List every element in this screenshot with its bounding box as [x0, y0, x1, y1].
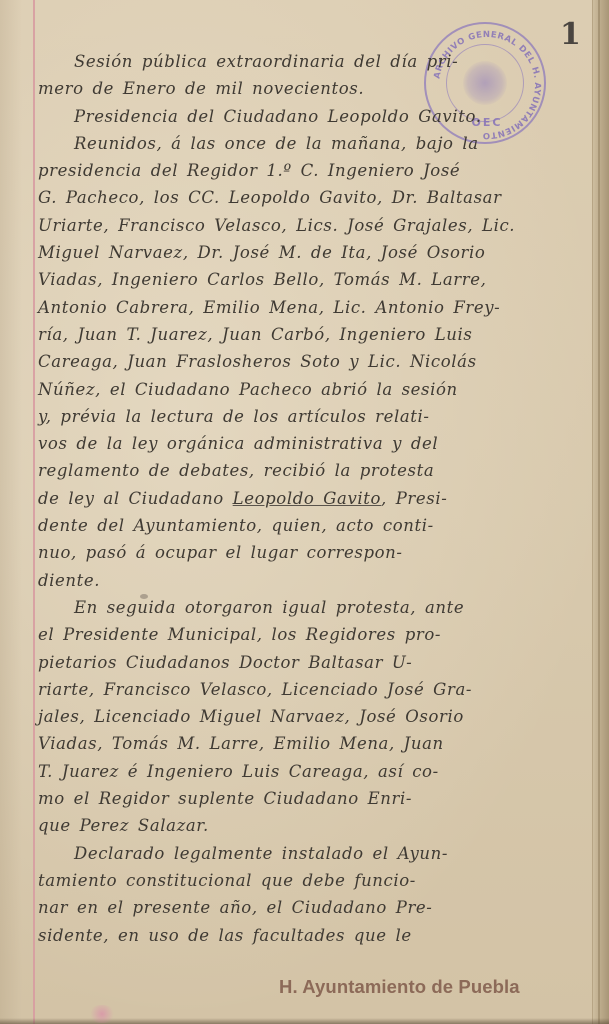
text-line: tamiento constitucional que debe funcio- — [38, 867, 586, 894]
text-line: T. Juarez é Ingeniero Luis Careaga, así … — [38, 758, 586, 785]
text-segment: de ley al Ciudadano — [38, 489, 233, 508]
text-line: mo el Regidor suplente Ciudadano Enri- — [38, 785, 586, 812]
text-line: riarte, Francisco Velasco, Licenciado Jo… — [38, 676, 586, 703]
text-line: Núñez, el Ciudadano Pacheco abrió la ses… — [38, 376, 586, 403]
text-line: En seguida otorgaron igual protesta, ant… — [38, 594, 586, 621]
text-line: G. Pacheco, los CC. Leopoldo Gavito, Dr.… — [38, 184, 586, 211]
text-line: diente. — [38, 567, 586, 594]
text-line: vos de la ley orgánica administrativa y … — [38, 430, 586, 457]
text-line: que Perez Salazar. — [38, 812, 586, 839]
text-line: reglamento de debates, recibió la protes… — [38, 457, 586, 484]
manuscript-page: ARCHIVO GENERAL DEL H. AYUNTAMIENTO OEC … — [0, 0, 609, 1024]
pink-stain — [88, 1005, 116, 1023]
handwritten-text-body: Sesión pública extraordinaria del día pr… — [38, 48, 586, 949]
text-line: Viadas, Ingeniero Carlos Bello, Tomás M.… — [38, 266, 586, 293]
text-line: presidencia del Regidor 1.º C. Ingeniero… — [38, 157, 586, 184]
text-line: Viadas, Tomás M. Larre, Emilio Mena, Jua… — [38, 730, 586, 757]
text-line: Sesión pública extraordinaria del día pr… — [38, 48, 586, 75]
text-line: sidente, en uso de las facultades que le — [38, 922, 586, 949]
text-line: Antonio Cabrera, Emilio Mena, Lic. Anton… — [38, 294, 586, 321]
text-line: mero de Enero de mil novecientos. — [38, 75, 586, 102]
text-line: nuo, pasó á ocupar el lugar correspon- — [38, 539, 586, 566]
text-line: Declarado legalmente instalado el Ayun- — [38, 840, 586, 867]
text-segment: , Presi- — [381, 489, 447, 508]
watermark-label: H. Ayuntamiento de Puebla — [279, 978, 520, 997]
text-line: dente del Ayuntamiento, quien, acto cont… — [38, 512, 586, 539]
text-line: Miguel Narvaez, Dr. José M. de Ita, José… — [38, 239, 586, 266]
text-line: jales, Licenciado Miguel Narvaez, José O… — [38, 703, 586, 730]
ink-blot — [140, 594, 148, 599]
text-line: Presidencia del Ciudadano Leopoldo Gavit… — [38, 103, 586, 130]
underlined-name: Leopoldo Gavito — [233, 489, 381, 508]
text-line: Uriarte, Francisco Velasco, Lics. José G… — [38, 212, 586, 239]
page-number: 1 — [560, 20, 581, 50]
text-line: y, prévia la lectura de los artículos re… — [38, 403, 586, 430]
text-line: pietarios Ciudadanos Doctor Baltasar U- — [38, 649, 586, 676]
book-binding-edge — [592, 0, 609, 1024]
text-line: de ley al Ciudadano Leopoldo Gavito, Pre… — [38, 485, 586, 512]
red-margin-line — [33, 0, 35, 1024]
text-line: ría, Juan T. Juarez, Juan Carbó, Ingenie… — [38, 321, 586, 348]
text-line: Careaga, Juan Fraslosheros Soto y Lic. N… — [38, 348, 586, 375]
paper-shadow — [0, 0, 22, 1024]
text-line: Reunidos, á las once de la mañana, bajo … — [38, 130, 586, 157]
text-line: el Presidente Municipal, los Regidores p… — [38, 621, 586, 648]
text-line: nar en el presente año, el Ciudadano Pre… — [38, 894, 586, 921]
